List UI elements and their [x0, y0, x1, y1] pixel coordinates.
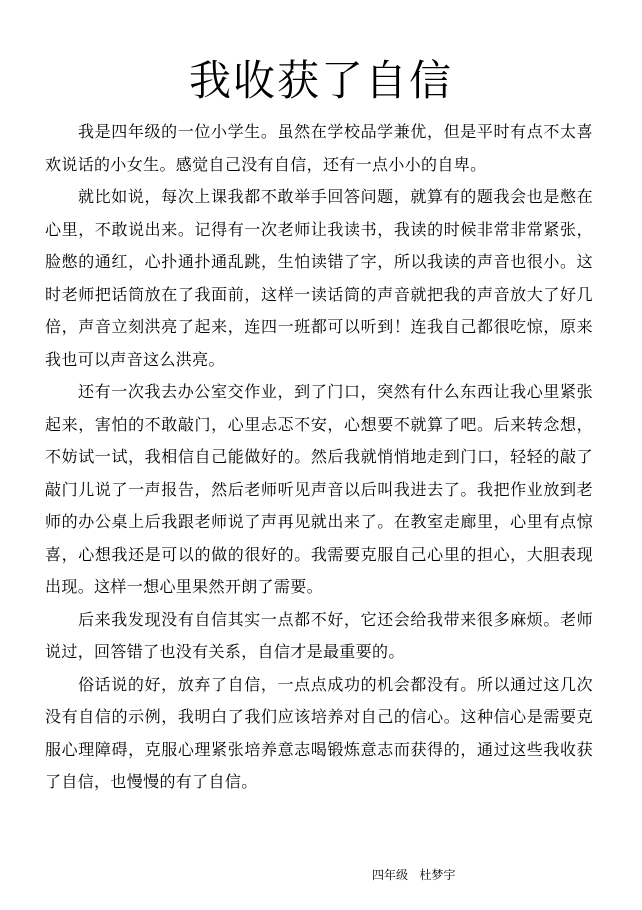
- paragraph-4: 后来我发现没有自信其实一点都不好，它还会给我带来很多麻烦。老师说过，回答错了也没…: [45, 604, 593, 669]
- signature-grade: 四年级: [372, 868, 408, 882]
- signature-author: 杜梦宇: [419, 868, 455, 882]
- document-page: 我收获了自信 我是四年级的一位小学生。虽然在学校品学兼优，但是平时有点不太喜欢说…: [0, 0, 642, 910]
- signature: 四年级 杜梦宇: [372, 866, 455, 884]
- paragraph-1: 我是四年级的一位小学生。虽然在学校品学兼优，但是平时有点不太喜欢说话的小女生。感…: [45, 116, 593, 181]
- paragraph-5: 俗话说的好，放弃了自信，一点点成功的机会都没有。所以通过这几次没有自信的示例，我…: [45, 669, 593, 799]
- paragraph-3: 还有一次我去办公室交作业，到了门口，突然有什么东西让我心里紧张起来，害怕的不敢敲…: [45, 376, 593, 604]
- essay-body: 我是四年级的一位小学生。虽然在学校品学兼优，但是平时有点不太喜欢说话的小女生。感…: [45, 116, 593, 799]
- essay-title: 我收获了自信: [0, 56, 642, 106]
- paragraph-2: 就比如说，每次上课我都不敢举手回答问题，就算有的题我会也是憋在心里，不敢说出来。…: [45, 181, 593, 376]
